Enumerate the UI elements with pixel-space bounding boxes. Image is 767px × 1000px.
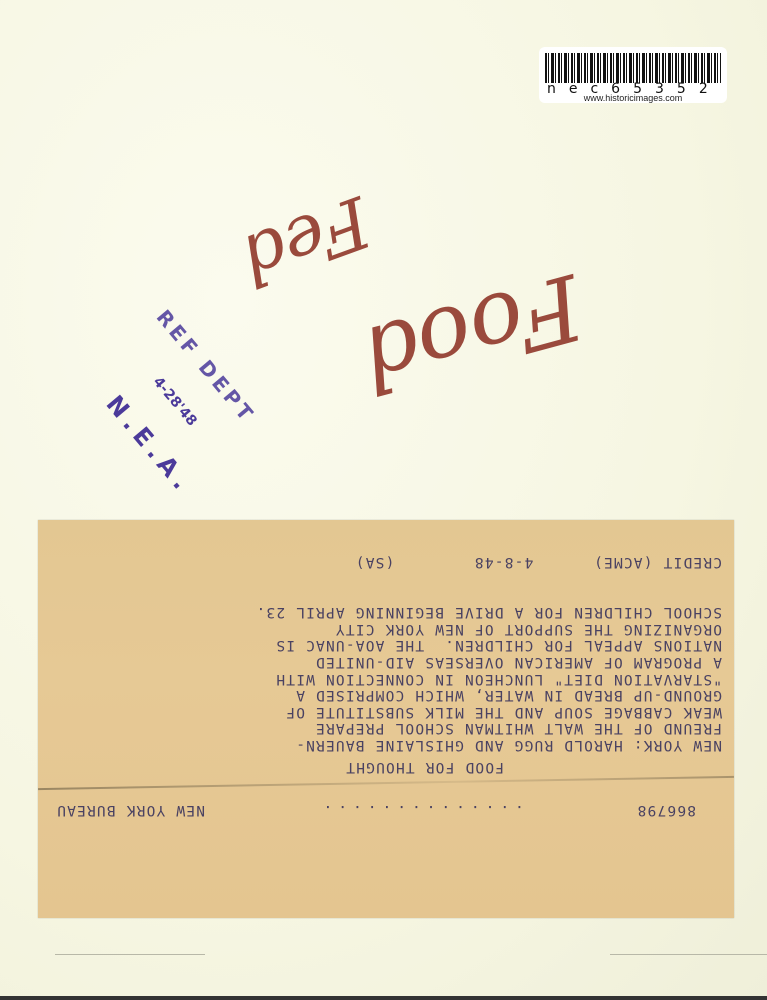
caption-header: 866798 .............. NEW YORK BUREAU: [56, 802, 696, 818]
caption-dots: ..............: [318, 802, 524, 818]
caption-bureau: NEW YORK BUREAU: [56, 802, 205, 818]
caption-body: NEW YORK: HAROLD RUGG AND GHISLAINE BAUE…: [255, 604, 722, 753]
barcode-url: www.historicimages.com: [539, 93, 727, 103]
handwritten-note-food: Food: [350, 253, 593, 412]
photo-back-card: nec65352 www.historicimages.com Fed Food…: [0, 0, 767, 1000]
caption-credit: CREDIT (ACME) 4-8-48 (SA): [355, 554, 722, 570]
rule-line-right: [610, 954, 767, 955]
handwritten-note-fed: Fed: [230, 180, 381, 302]
caption-title: FOOD FOR THOUGHT: [345, 759, 504, 775]
barcode-label: nec65352 www.historicimages.com: [539, 47, 727, 103]
caption-text-upside-down: 866798 .............. NEW YORK BUREAU FO…: [38, 520, 734, 918]
barcode-icon: [545, 53, 721, 83]
caption-clipping: 866798 .............. NEW YORK BUREAU FO…: [38, 520, 734, 918]
caption-number: 866798: [636, 802, 696, 818]
rule-line-left: [55, 954, 205, 955]
stamp-ref-dept: REF DEPT: [152, 305, 261, 428]
stamp-date: 4-28'48: [150, 374, 200, 429]
